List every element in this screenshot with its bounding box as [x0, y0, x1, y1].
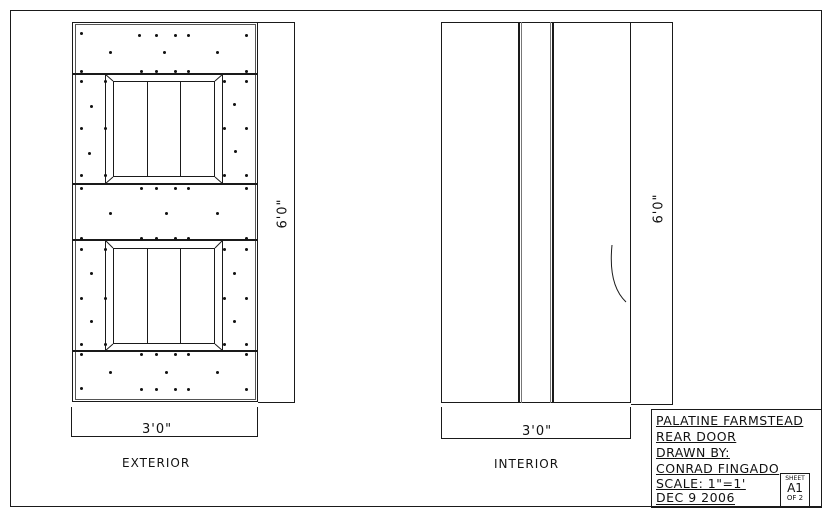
sheet-number-box: SHEET A1 OF 2: [780, 473, 810, 507]
sheet-number: A1: [781, 482, 809, 494]
scale-note: SCALE: 1"=1': [656, 476, 746, 491]
title-block: PALATINE FARMSTEAD REAR DOOR DRAWN BY: C…: [651, 409, 822, 508]
project-name: PALATINE FARMSTEAD: [656, 413, 803, 428]
drawing-subject: REAR DOOR: [656, 429, 736, 444]
drafter-name: CONRAD FINGADO: [656, 461, 779, 476]
interior-width-label: 3'0": [522, 424, 552, 439]
interior-height-label: 6'0": [652, 193, 667, 223]
sheet-of: OF 2: [781, 494, 809, 502]
drawn-by-label: DRAWN BY:: [656, 445, 730, 460]
interior-view-label: INTERIOR: [494, 457, 559, 471]
drawing-date: DEC 9 2006: [656, 492, 735, 505]
